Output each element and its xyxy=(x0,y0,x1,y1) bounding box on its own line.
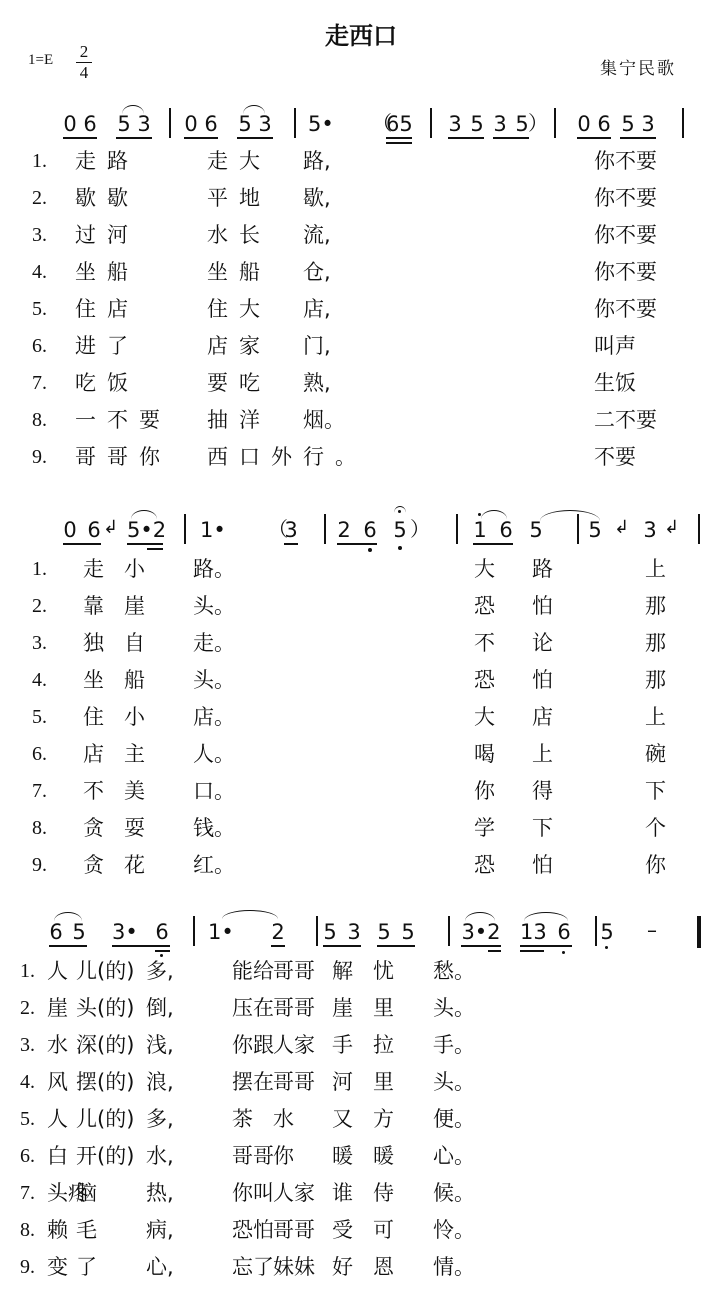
lyric: 人。 xyxy=(193,741,235,767)
lyric: 店。 xyxy=(193,704,235,730)
lyric: 受 xyxy=(332,1217,353,1243)
barline xyxy=(294,108,296,138)
paren-close: ） xyxy=(528,111,548,135)
lyric: 上 xyxy=(645,556,666,582)
lyric: 侍 xyxy=(373,1180,394,1206)
lyric: 坐船 xyxy=(207,259,271,285)
lyric: 一不要 xyxy=(75,407,171,433)
fermata-dot xyxy=(398,510,401,513)
barline xyxy=(324,514,326,544)
lyric: 忧 xyxy=(373,958,394,984)
lyric: 情。 xyxy=(433,1254,475,1280)
lyric: 那 xyxy=(645,630,666,656)
verse-number: 6. xyxy=(32,333,47,359)
lyric: 恐 xyxy=(474,852,495,878)
underline-eighth xyxy=(323,945,361,947)
lyric: 儿(的) xyxy=(76,1106,134,1132)
lyric: 住大 xyxy=(207,296,271,322)
note: 5 xyxy=(600,920,614,944)
lyric: 头。 xyxy=(433,1069,475,1095)
lyric: 手。 xyxy=(433,1032,475,1058)
lyric: 你 xyxy=(273,1143,294,1169)
lyric: 便。 xyxy=(433,1106,475,1132)
verse-number: 4. xyxy=(32,259,47,285)
verse-number: 7. xyxy=(32,778,47,804)
lyric: 头。 xyxy=(433,995,475,1021)
lyric: 你 xyxy=(474,778,495,804)
lyric: 抽洋 xyxy=(207,407,271,433)
lyric: 谁 xyxy=(332,1180,353,1206)
lyric: 小 xyxy=(124,556,145,582)
song-origin: 集宁民歌 xyxy=(600,54,676,79)
lyric: 恩 xyxy=(373,1254,394,1280)
note: 5 xyxy=(117,112,131,136)
lyric: 烟。 xyxy=(303,407,345,433)
verse-number: 9. xyxy=(20,1254,35,1280)
lyric: 了 xyxy=(76,1254,97,1280)
glide-arrow-icon: ↲ xyxy=(103,516,118,540)
lyric: 候。 xyxy=(433,1180,475,1206)
note: 5 xyxy=(401,920,415,944)
verse-number: 6. xyxy=(20,1143,35,1169)
underline-eighth xyxy=(127,543,163,545)
note: 3 xyxy=(493,112,507,136)
lyric: 水长 xyxy=(207,222,271,248)
lyric: 哥哥 xyxy=(273,995,315,1021)
lyric: 叫声 xyxy=(594,333,636,359)
barline xyxy=(698,514,700,544)
lyric: 怜。 xyxy=(433,1217,475,1243)
underline-eighth xyxy=(271,945,285,947)
barline xyxy=(595,916,597,946)
barline xyxy=(448,916,450,946)
lyric: 多, xyxy=(146,958,174,984)
verse-number: 4. xyxy=(32,667,47,693)
barline xyxy=(577,514,579,544)
slur xyxy=(465,912,495,921)
lyric: 恐 xyxy=(474,593,495,619)
underline-eighth xyxy=(493,137,529,139)
underline-sixteenth xyxy=(386,142,412,144)
lyric: 走 xyxy=(83,556,104,582)
lyric: 你不要 xyxy=(594,259,657,285)
low-octave-dot xyxy=(398,546,402,550)
verse-number: 2. xyxy=(32,593,47,619)
time-signature: 2 4 xyxy=(76,42,92,83)
note: 2 xyxy=(337,518,351,542)
song-title: 走西口 xyxy=(0,16,722,51)
lyric: 暖 xyxy=(332,1143,353,1169)
lyric: 白 xyxy=(47,1143,68,1169)
lyric: 碗 xyxy=(645,741,666,767)
lyric: 儿(的) xyxy=(76,958,134,984)
verse-number: 3. xyxy=(32,630,47,656)
lyric: 船 xyxy=(124,667,145,693)
lyric: 解 xyxy=(332,958,353,984)
lyric: 店 xyxy=(83,741,104,767)
lyric: 你不要 xyxy=(594,296,657,322)
slur xyxy=(54,912,82,921)
note: 5 xyxy=(238,112,252,136)
lyric: 自 xyxy=(124,630,145,656)
lyric: 歇歇 xyxy=(75,185,139,211)
verse-number: 3. xyxy=(20,1032,35,1058)
tie xyxy=(222,910,278,919)
barline xyxy=(184,514,186,544)
underline-eighth xyxy=(461,945,501,947)
note: 5 xyxy=(588,518,602,542)
lyric: 店家 xyxy=(207,333,271,359)
lyric: 主 xyxy=(124,741,145,767)
underline-eighth xyxy=(448,137,484,139)
note: 3 xyxy=(258,112,272,136)
verse-number: 5. xyxy=(32,296,47,322)
verse-number: 1. xyxy=(32,556,47,582)
lyric: 毛 xyxy=(76,1217,97,1243)
verse-number: 8. xyxy=(32,407,47,433)
note: 6 xyxy=(499,518,513,542)
lyric: 不 xyxy=(474,630,495,656)
lyric: 吃饭 xyxy=(75,370,139,396)
verse-number: 8. xyxy=(32,815,47,841)
note: 0 xyxy=(184,112,198,136)
lyric: 路。 xyxy=(193,556,235,582)
underline-eighth xyxy=(284,543,298,545)
lyric: 茶 xyxy=(232,1106,253,1132)
note: 5 xyxy=(515,112,529,136)
lyric: 得 xyxy=(532,778,553,804)
paren-close: ） xyxy=(410,517,430,541)
lyric: 赖 xyxy=(47,1217,68,1243)
note: 5 xyxy=(529,518,543,542)
note: 5 xyxy=(377,920,391,944)
lyric: 深(的) xyxy=(76,1032,134,1058)
underline-eighth xyxy=(63,137,97,139)
underline-sixteenth xyxy=(147,548,163,550)
verse-number: 5. xyxy=(32,704,47,730)
low-octave-dot xyxy=(562,951,565,954)
note: 5 xyxy=(72,920,86,944)
lyric: 那 xyxy=(645,667,666,693)
barline xyxy=(193,916,195,946)
lyric: 下 xyxy=(645,778,666,804)
note: 0 xyxy=(577,112,591,136)
note: 6 xyxy=(597,112,611,136)
underline-sixteenth xyxy=(488,950,501,952)
verse-number: 2. xyxy=(20,995,35,1021)
lyric: 路 xyxy=(532,556,553,582)
lyric: 店 xyxy=(532,704,553,730)
lyric: 方 xyxy=(373,1106,394,1132)
underline-eighth xyxy=(49,945,87,947)
lyric: 摆(的) xyxy=(76,1069,134,1095)
underline-eighth xyxy=(184,137,218,139)
lyric: 下 xyxy=(532,815,553,841)
note: 6 xyxy=(49,920,63,944)
lyric: 哥哥你 xyxy=(75,444,171,470)
lyric: 走。 xyxy=(193,630,235,656)
lyric: 妹妹 xyxy=(273,1254,315,1280)
underline-sixteenth xyxy=(155,950,170,952)
lyric: 流, xyxy=(303,222,331,248)
lyric: 水 xyxy=(273,1106,294,1132)
underline-sixteenth xyxy=(386,137,412,139)
lyric: 风 xyxy=(47,1069,68,1095)
lyric: 走路 xyxy=(75,148,139,174)
lyric: 耍 xyxy=(124,815,145,841)
lyric: 哥哥 xyxy=(232,1143,274,1169)
verse-number: 1. xyxy=(32,148,47,174)
lyric: 钱。 xyxy=(193,815,235,841)
note: 2 xyxy=(271,920,285,944)
lyric: 那 xyxy=(645,593,666,619)
note: 5• xyxy=(308,112,338,136)
low-octave-dot xyxy=(160,954,163,957)
note: 0 xyxy=(63,112,77,136)
lyric: 你不要 xyxy=(594,222,657,248)
lyric: 你跟 xyxy=(232,1032,274,1058)
barline xyxy=(430,108,432,138)
verse-number: 6. xyxy=(32,741,47,767)
lyric: 哥哥 xyxy=(273,1069,315,1095)
note: 5•2 xyxy=(127,518,163,542)
slur xyxy=(524,912,568,921)
underline-eighth xyxy=(577,137,611,139)
underline-eighth xyxy=(63,543,101,545)
note: 1• xyxy=(200,518,230,542)
note: 13 xyxy=(520,920,546,944)
note: 3 xyxy=(347,920,361,944)
lyric: 多, xyxy=(146,1106,174,1132)
low-octave-dot xyxy=(605,946,608,949)
underline-eighth xyxy=(473,543,513,545)
note: 1 xyxy=(473,518,487,542)
lyric: 恐怕 xyxy=(232,1217,274,1243)
lyric: 你不要 xyxy=(594,148,657,174)
lyric: 浅, xyxy=(146,1032,174,1058)
lyric: 二不要 xyxy=(594,407,657,433)
underline-sixteenth xyxy=(520,950,544,952)
lyric: 口。 xyxy=(193,778,235,804)
lyric: 怕 xyxy=(532,852,553,878)
barline xyxy=(169,108,171,138)
lyric: 平地 xyxy=(207,185,271,211)
lyric: 仓, xyxy=(303,259,331,285)
key-signature: 1=E xyxy=(28,52,53,69)
verse-number: 9. xyxy=(32,444,47,470)
lyric: 手 xyxy=(332,1032,353,1058)
lyric: 崖 xyxy=(332,995,353,1021)
lyric: 哥哥 xyxy=(273,1217,315,1243)
lyric: 开(的) xyxy=(76,1143,134,1169)
slur xyxy=(122,105,144,114)
lyric: 忘了 xyxy=(232,1254,274,1280)
lyric: 你 xyxy=(645,852,666,878)
lyric: 个 xyxy=(645,815,666,841)
lyric: 不要 xyxy=(594,444,636,470)
lyric: 贪 xyxy=(83,852,104,878)
lyric: 热, xyxy=(146,1180,174,1206)
lyric: 过河 xyxy=(75,222,139,248)
note: 65 xyxy=(386,112,412,136)
lyric: 小 xyxy=(124,704,145,730)
lyric: 大 xyxy=(474,556,495,582)
verse-number: 3. xyxy=(32,222,47,248)
lyric: 愁。 xyxy=(433,958,475,984)
lyric: 头。 xyxy=(193,667,235,693)
lyric: 脑 xyxy=(76,1180,97,1206)
underline-eighth xyxy=(377,945,415,947)
note: 3 xyxy=(284,518,298,542)
verse-number: 7. xyxy=(20,1180,35,1206)
note: 6 xyxy=(204,112,218,136)
note: 1• xyxy=(208,920,238,944)
lyric: 变 xyxy=(47,1254,68,1280)
time-signature-bottom: 4 xyxy=(76,63,92,83)
note: 3 xyxy=(641,112,655,136)
lyric: 住 xyxy=(83,704,104,730)
lyric: 好 xyxy=(332,1254,353,1280)
verse-number: 8. xyxy=(20,1217,35,1243)
lyric: 学 xyxy=(474,815,495,841)
lyric: 又 xyxy=(332,1106,353,1132)
lyric: 人 xyxy=(47,1106,68,1132)
lyric: 路, xyxy=(303,148,331,174)
lyric: 头(的) xyxy=(76,995,134,1021)
lyric: 你不要 xyxy=(594,185,657,211)
lyric: 可 xyxy=(373,1217,394,1243)
note: 3 xyxy=(643,518,657,542)
lyric: 哥哥 xyxy=(273,958,315,984)
barline xyxy=(682,108,684,138)
lyric: 喝 xyxy=(474,741,495,767)
lyric: 里 xyxy=(373,1069,394,1095)
lyric: 大 xyxy=(474,704,495,730)
glide-arrow-icon: ↲ xyxy=(614,516,629,540)
time-signature-top: 2 xyxy=(76,42,92,63)
lyric: 压在 xyxy=(232,995,274,1021)
slur xyxy=(131,510,157,519)
note: 3 xyxy=(137,112,151,136)
slur xyxy=(481,510,507,519)
lyric: 走大 xyxy=(207,148,271,174)
lyric: 论 xyxy=(532,630,553,656)
barline xyxy=(554,108,556,138)
note: 6 xyxy=(155,920,169,944)
note: 3• xyxy=(112,920,142,944)
lyric: 水 xyxy=(47,1032,68,1058)
lyric: 摆在 xyxy=(232,1069,274,1095)
note: 5 xyxy=(621,112,635,136)
lyric: 住店 xyxy=(75,296,139,322)
note: 6 xyxy=(83,112,97,136)
lyric: 坐 xyxy=(83,667,104,693)
lyric: 你叫 xyxy=(232,1180,274,1206)
lyric: 水, xyxy=(146,1143,174,1169)
lyric: 人家 xyxy=(273,1032,315,1058)
note: 0 xyxy=(63,518,77,542)
lyric: 里 xyxy=(373,995,394,1021)
glide-arrow-icon: ↲ xyxy=(664,516,679,540)
lyric: 拉 xyxy=(373,1032,394,1058)
lyric: 红。 xyxy=(193,852,235,878)
verse-number: 7. xyxy=(32,370,47,396)
note: 5 xyxy=(393,518,407,542)
verse-number: 5. xyxy=(20,1106,35,1132)
note: 3 xyxy=(448,112,462,136)
lyric: 崖 xyxy=(124,593,145,619)
underline-eighth xyxy=(620,137,656,139)
note: 3•2 xyxy=(461,920,501,944)
dash-sustain: – xyxy=(647,918,657,942)
note: 6 xyxy=(557,920,571,944)
underline-eighth xyxy=(112,945,170,947)
lyric: 西口外行。 xyxy=(207,444,367,470)
lyric: 暖 xyxy=(373,1143,394,1169)
lyric: 上 xyxy=(532,741,553,767)
note: 5 xyxy=(470,112,484,136)
note: 6 xyxy=(87,518,101,542)
barline xyxy=(316,916,318,946)
low-octave-dot xyxy=(368,548,372,552)
lyric: 能给 xyxy=(232,958,274,984)
verse-number: 4. xyxy=(20,1069,35,1095)
lyric: 坐船 xyxy=(75,259,139,285)
lyric: 花 xyxy=(124,852,145,878)
barline xyxy=(456,514,458,544)
lyric: 生饭 xyxy=(594,370,636,396)
lyric: 进了 xyxy=(75,333,139,359)
lyric: 人家 xyxy=(273,1180,315,1206)
underline-eighth xyxy=(337,543,377,545)
lyric: 心, xyxy=(146,1254,174,1280)
note: 6 xyxy=(363,518,377,542)
verse-number: 1. xyxy=(20,958,35,984)
lyric: 门, xyxy=(303,333,331,359)
lyric: 上 xyxy=(645,704,666,730)
underline-eighth xyxy=(237,137,273,139)
lyric: 要吃 xyxy=(207,370,271,396)
slur xyxy=(243,105,265,114)
lyric: 病, xyxy=(146,1217,174,1243)
underline-eighth xyxy=(116,137,152,139)
lyric: 怕 xyxy=(532,593,553,619)
lyric: 河 xyxy=(332,1069,353,1095)
lyric: 倒, xyxy=(146,995,174,1021)
final-barline xyxy=(697,916,701,948)
lyric: 头。 xyxy=(193,593,235,619)
lyric: 崖 xyxy=(47,995,68,1021)
lyric: 怕 xyxy=(532,667,553,693)
lyric: 靠 xyxy=(83,593,104,619)
lyric: 贪 xyxy=(83,815,104,841)
lyric: 不 xyxy=(83,778,104,804)
lyric: 店, xyxy=(303,296,331,322)
verse-number: 2. xyxy=(32,185,47,211)
lyric: 美 xyxy=(124,778,145,804)
underline-eighth xyxy=(520,945,572,947)
lyric: 恐 xyxy=(474,667,495,693)
lyric: 人 xyxy=(47,958,68,984)
lyric: 歇, xyxy=(303,185,331,211)
lyric: 心。 xyxy=(433,1143,475,1169)
lyric: 独 xyxy=(83,630,104,656)
note: 5 xyxy=(323,920,337,944)
verse-number: 9. xyxy=(32,852,47,878)
lyric: 浪, xyxy=(146,1069,174,1095)
lyric: 熟, xyxy=(303,370,331,396)
